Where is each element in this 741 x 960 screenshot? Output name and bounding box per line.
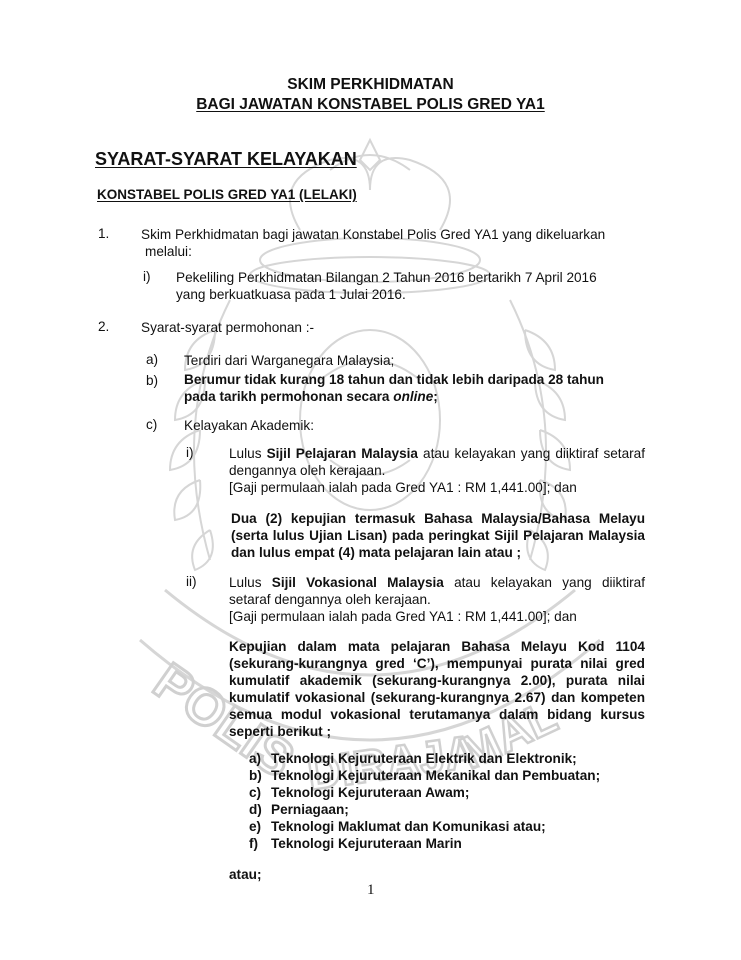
document-title-line2: BAGI JAWATAN KONSTABEL POLIS GRED YA1 [0, 96, 741, 114]
item-2c-ii-pre: Lulus [229, 575, 272, 590]
item-1-text-cont: melalui: [145, 243, 192, 260]
closing-atau: atau; [229, 866, 261, 883]
item-2c-ii-text: Lulus Sijil Vokasional Malaysia atau kel… [229, 574, 645, 608]
subheading-gender: KONSTABEL POLIS GRED YA1 (LELAKI) [97, 187, 357, 202]
course-text: Teknologi Kejuruteraan Awam; [271, 785, 469, 800]
course-item: b)Teknologi Kejuruteraan Mekanikal dan P… [249, 767, 600, 784]
course-item: f)Teknologi Kejuruteraan Marin [249, 835, 600, 852]
document-title-line1: SKIM PERKHIDMATAN [0, 76, 741, 94]
course-letter: f) [249, 835, 271, 852]
course-list: a)Teknologi Kejuruteraan Elektrik dan El… [249, 750, 600, 852]
item-1-i-line1: Pekeliling Perkhidmatan Bilangan 2 Tahun… [176, 269, 597, 286]
item-2c-i-salary: [Gaji permulaan ialah pada Gred YA1 : RM… [229, 479, 577, 496]
item-1-number: 1. [98, 226, 109, 241]
course-letter: b) [249, 767, 271, 784]
item-2b-line2-italic: online [393, 389, 433, 404]
item-2c-i-number: i) [186, 445, 194, 460]
item-2a-text: Terdiri dari Warganegara Malaysia; [184, 352, 394, 369]
item-2c-i-requirement: Dua (2) kepujian termasuk Bahasa Malaysi… [231, 510, 645, 561]
course-text: Teknologi Kejuruteraan Mekanikal dan Pem… [271, 768, 600, 783]
course-item: d)Perniagaan; [249, 801, 600, 818]
course-item: a)Teknologi Kejuruteraan Elektrik dan El… [249, 750, 600, 767]
item-2b-line1: Berumur tidak kurang 18 tahun dan tidak … [184, 371, 604, 388]
item-2-text: Syarat-syarat permohonan :- [141, 319, 314, 336]
item-1-text: Skim Perkhidmatan bagi jawatan Konstabel… [141, 226, 605, 243]
course-letter: c) [249, 784, 271, 801]
item-2c-ii-requirement: Kepujian dalam mata pelajaran Bahasa Mel… [229, 638, 645, 740]
item-2c-i-bold: Sijil Pelajaran Malaysia [267, 446, 418, 461]
item-2-number: 2. [98, 319, 109, 334]
course-item: c)Teknologi Kejuruteraan Awam; [249, 784, 600, 801]
document-title-line2-text: BAGI JAWATAN KONSTABEL POLIS GRED YA1 [196, 96, 545, 113]
item-2c-letter: c) [146, 417, 157, 432]
course-text: Perniagaan; [271, 802, 349, 817]
item-2c-i-pre: Lulus [229, 446, 267, 461]
item-2b-letter: b) [146, 373, 158, 388]
section-heading: SYARAT-SYARAT KELAYAKAN [95, 149, 357, 170]
item-2c-i-text: Lulus Sijil Pelajaran Malaysia atau kela… [229, 445, 645, 479]
item-1-i-line2: yang berkuatkuasa pada 1 Julai 2016. [176, 286, 406, 303]
course-letter: d) [249, 801, 271, 818]
item-2b-line2-post: ; [433, 389, 438, 404]
page-number: 1 [367, 882, 375, 899]
course-item: e)Teknologi Maklumat dan Komunikasi atau… [249, 818, 600, 835]
course-text: Teknologi Kejuruteraan Elektrik dan Elek… [271, 751, 577, 766]
item-2a-letter: a) [146, 352, 158, 367]
item-2c-ii-number: ii) [186, 574, 197, 589]
item-2b-line2: pada tarikh permohonan secara online; [184, 388, 438, 405]
item-1-i-number: i) [143, 269, 151, 284]
item-2b-line2-pre: pada tarikh permohonan secara [184, 389, 393, 404]
course-letter: e) [249, 818, 271, 835]
item-2c-text: Kelayakan Akademik: [184, 417, 314, 434]
course-text: Teknologi Maklumat dan Komunikasi atau; [271, 819, 546, 834]
course-letter: a) [249, 750, 271, 767]
item-2c-ii-bold: Sijil Vokasional Malaysia [272, 575, 444, 590]
course-text: Teknologi Kejuruteraan Marin [271, 836, 462, 851]
item-2c-ii-salary: [Gaji permulaan ialah pada Gred YA1 : RM… [229, 608, 577, 625]
